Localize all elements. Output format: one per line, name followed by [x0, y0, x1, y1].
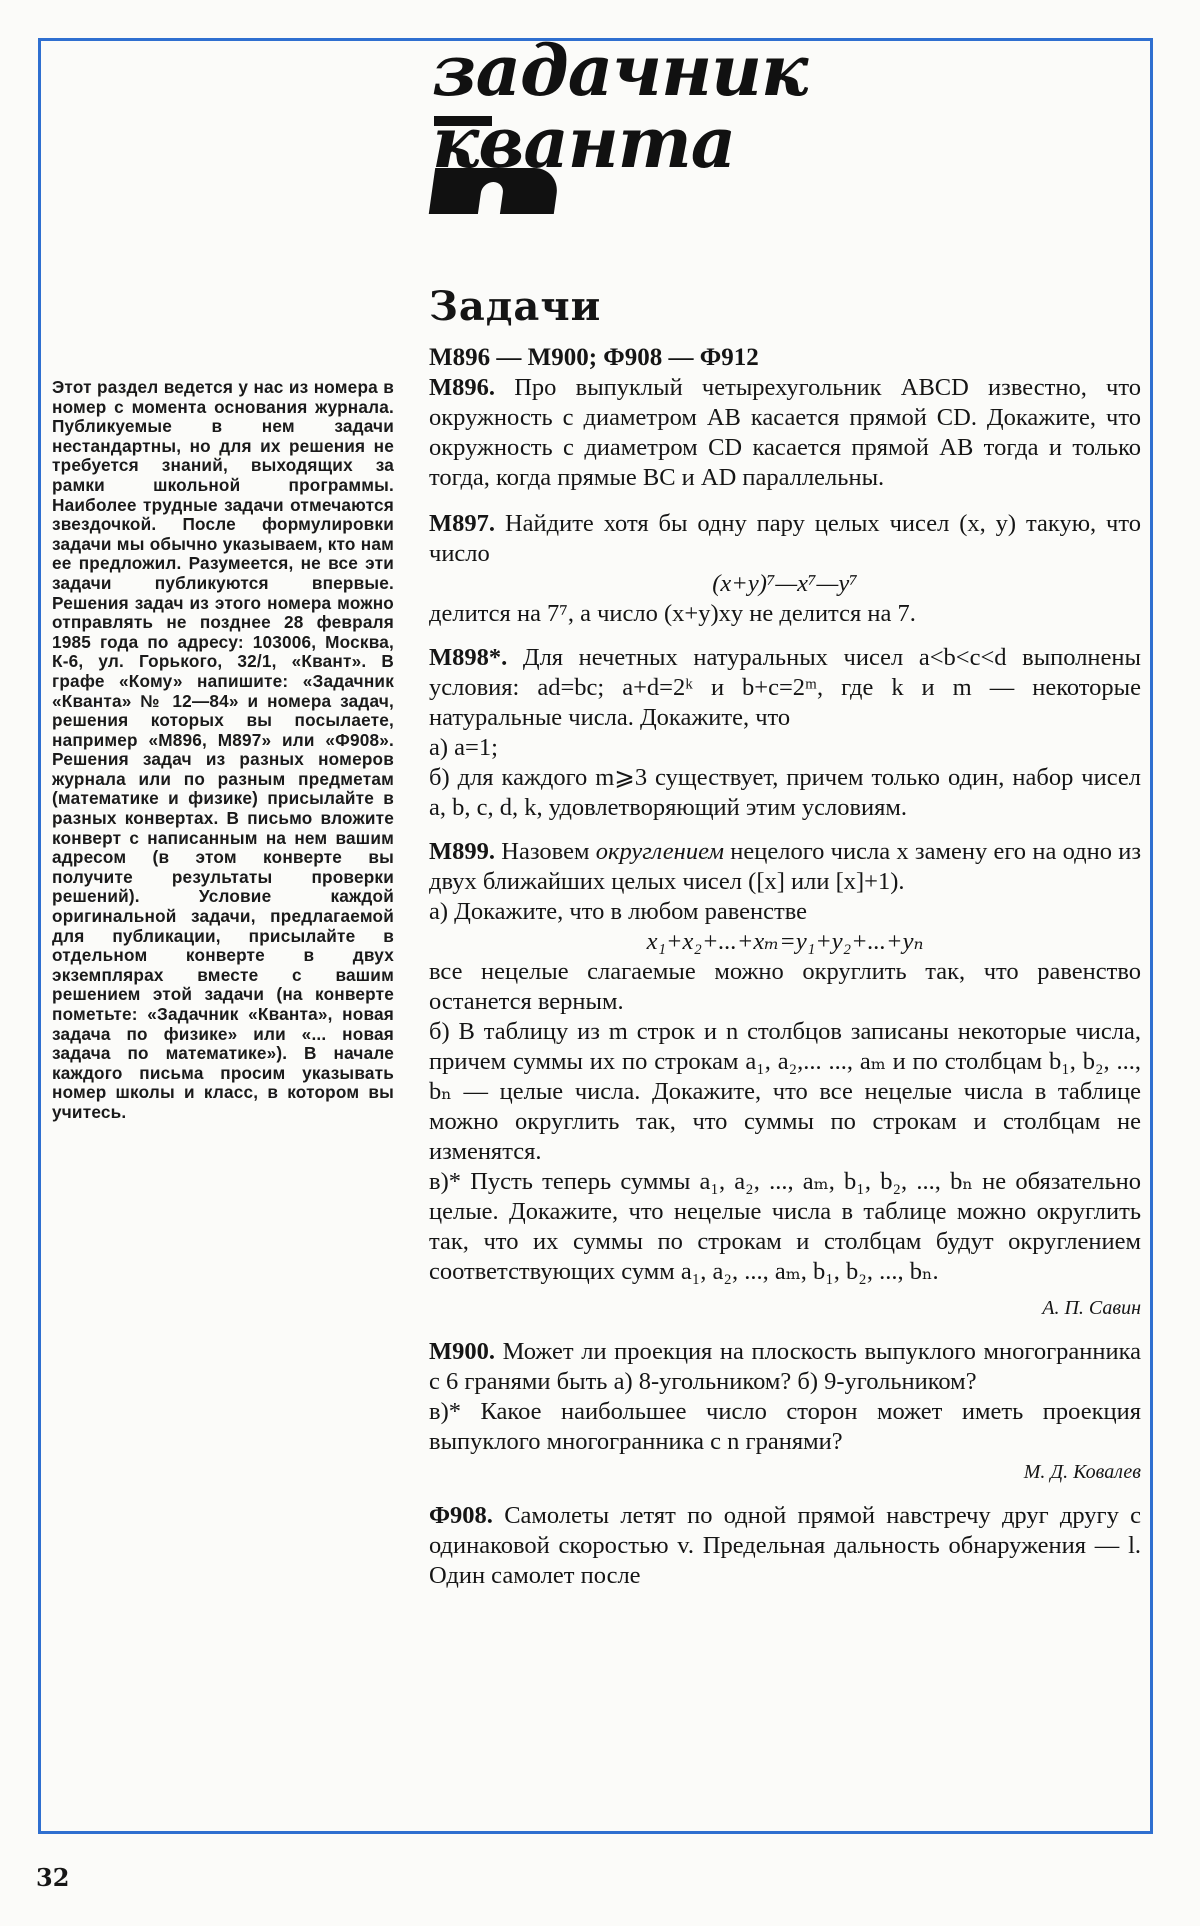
problems-column: Задачи М896 — М900; Ф908 — Ф912 М896. Пр…: [429, 285, 1141, 1591]
journal-logo: задачник кванта: [432, 42, 762, 202]
problem-id: М896.: [429, 374, 495, 401]
problem-item-b: б) В таблицу из m строк и n столбцов зап…: [429, 1017, 1141, 1167]
problem-text: Самолеты летят по одной прямой навстречу…: [429, 1502, 1141, 1589]
sidebar-intro: Этот раздел ведется у нас из номера в но…: [52, 378, 394, 1123]
problem-item-b: б) для каждого m⩾3 существует, причем то…: [429, 763, 1141, 823]
problem-text: Для нечетных натуральных чисел a<b<c<d в…: [429, 644, 1141, 731]
problem-m899: М899. Назовем округлением нецелого числа…: [429, 837, 1141, 1323]
problem-author: М. Д. Ковалев: [429, 1457, 1141, 1487]
problem-m900: М900. Может ли проекция на плоскость вып…: [429, 1337, 1141, 1487]
problem-text-after: все нецелые слагаемые можно округлить та…: [429, 957, 1141, 1017]
problem-formula: x₁+x₂+...+xₘ=y₁+y₂+...+yₙ: [429, 927, 1141, 957]
problem-item-c: в)* Какое наибольшее число сторон может …: [429, 1397, 1141, 1457]
problem-id: М899.: [429, 838, 495, 865]
page-number: 32: [36, 1863, 69, 1892]
problem-item-a: а) Докажите, что в любом равенстве: [429, 897, 1141, 927]
problem-f908: Ф908. Самолеты летят по одной прямой нав…: [429, 1501, 1141, 1591]
logo-line-1: задачник: [432, 36, 807, 106]
problem-text: Найдите хотя бы одну пару целых чисел (x…: [429, 510, 1141, 567]
problem-formula: (x+y)⁷—x⁷—y⁷: [429, 569, 1141, 599]
problem-item-c: в)* Пусть теперь суммы a₁, a₂, ..., aₘ, …: [429, 1167, 1141, 1287]
sidebar-text: Этот раздел ведется у нас из номера в но…: [52, 378, 394, 1123]
problem-text: Про выпуклый четырехугольник ABCD извест…: [429, 374, 1141, 491]
problem-id: М897.: [429, 510, 495, 537]
problem-id: М900.: [429, 1338, 495, 1365]
problem-item-a: а) a=1;: [429, 733, 1141, 763]
problem-id: М898*.: [429, 644, 507, 671]
problem-emphasis: округлением: [596, 838, 724, 865]
problem-range: М896 — М900; Ф908 — Ф912: [429, 343, 1141, 373]
problem-m896: М896. Про выпуклый четырехугольник ABCD …: [429, 373, 1141, 493]
problem-m898: М898*. Для нечетных натуральных чисел a<…: [429, 643, 1141, 823]
problem-id: Ф908.: [429, 1502, 493, 1529]
problem-text-after: делится на 7⁷, а число (x+y)xy не делитс…: [429, 599, 1141, 629]
problem-text: Может ли проекция на плоскость выпуклого…: [429, 1338, 1141, 1395]
section-title: Задачи: [429, 285, 1141, 329]
problem-m897: М897. Найдите хотя бы одну пару целых чи…: [429, 509, 1141, 629]
problem-text-pre: Назовем: [501, 838, 589, 865]
problem-author: А. П. Савин: [429, 1293, 1141, 1323]
